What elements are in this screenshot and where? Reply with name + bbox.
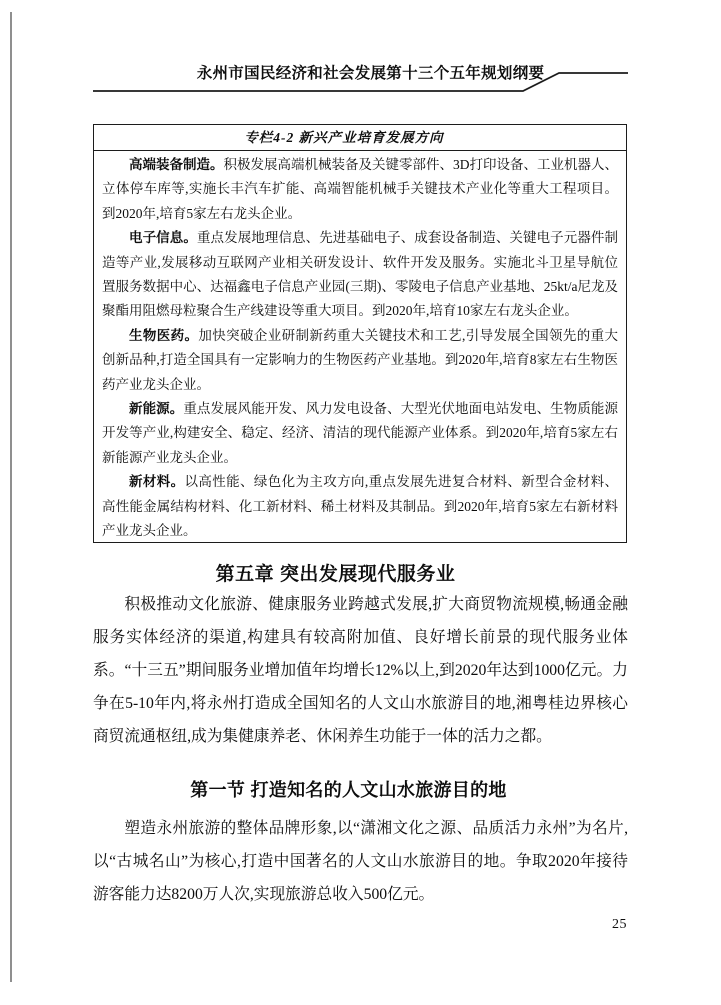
callout-box-body: 高端装备制造。积极发展高端机械装备及关键零部件、3D打印设备、工业机器人、立体停… — [94, 151, 626, 544]
box-paragraph-lead: 高端装备制造。 — [129, 157, 224, 172]
header-rule — [93, 70, 628, 94]
box-paragraph-lead: 新能源。 — [129, 401, 183, 416]
box-paragraph-lead: 新材料。 — [129, 474, 185, 489]
chapter-heading: 第五章 突出发展现代服务业 — [68, 559, 603, 586]
chapter-intro-paragraph: 积极推动文化旅游、健康服务业跨越式发展,扩大商贸物流规模,畅通金融服务实体经济的… — [93, 588, 628, 753]
section-intro-paragraph: 塑造永州旅游的整体品牌形象,以“潇湘文化之源、品质活力永州”为名片,以“古城名山… — [93, 812, 628, 911]
box-paragraph-new-materials: 新材料。以高性能、绿色化为主攻方向,重点发展先进复合材料、新型合金材料、高性能金… — [102, 470, 618, 543]
box-paragraph-biomedicine: 生物医药。加快突破企业研制新药重大关键技术和工艺,引导发展全国领先的重大创新品种… — [102, 324, 618, 397]
box-paragraph-electronic-info: 电子信息。重点发展地理信息、先进基础电子、成套设备制造、关键电子元器件制造等产业… — [102, 226, 618, 324]
box-paragraph-high-end-equipment: 高端装备制造。积极发展高端机械装备及关键零部件、3D打印设备、工业机器人、立体停… — [102, 153, 618, 226]
box-paragraph-lead: 生物医药。 — [129, 328, 198, 343]
box-paragraph-lead: 电子信息。 — [129, 230, 197, 245]
scan-artifact-line — [10, 12, 12, 982]
box-paragraph-new-energy: 新能源。重点发展风能开发、风力发电设备、大型光伏地面电站发电、生物质能源开发等产… — [102, 397, 618, 470]
document-page: 永州市国民经济和社会发展第十三个五年规划纲要 专栏4-2 新兴产业培育发展方向 … — [0, 0, 721, 1005]
section-heading: 第一节 打造知名的人文山水旅游目的地 — [81, 776, 616, 802]
callout-box-title: 专栏4-2 新兴产业培育发展方向 — [94, 125, 626, 151]
callout-box: 专栏4-2 新兴产业培育发展方向 高端装备制造。积极发展高端机械装备及关键零部件… — [93, 124, 627, 543]
page-number: 25 — [612, 917, 627, 933]
